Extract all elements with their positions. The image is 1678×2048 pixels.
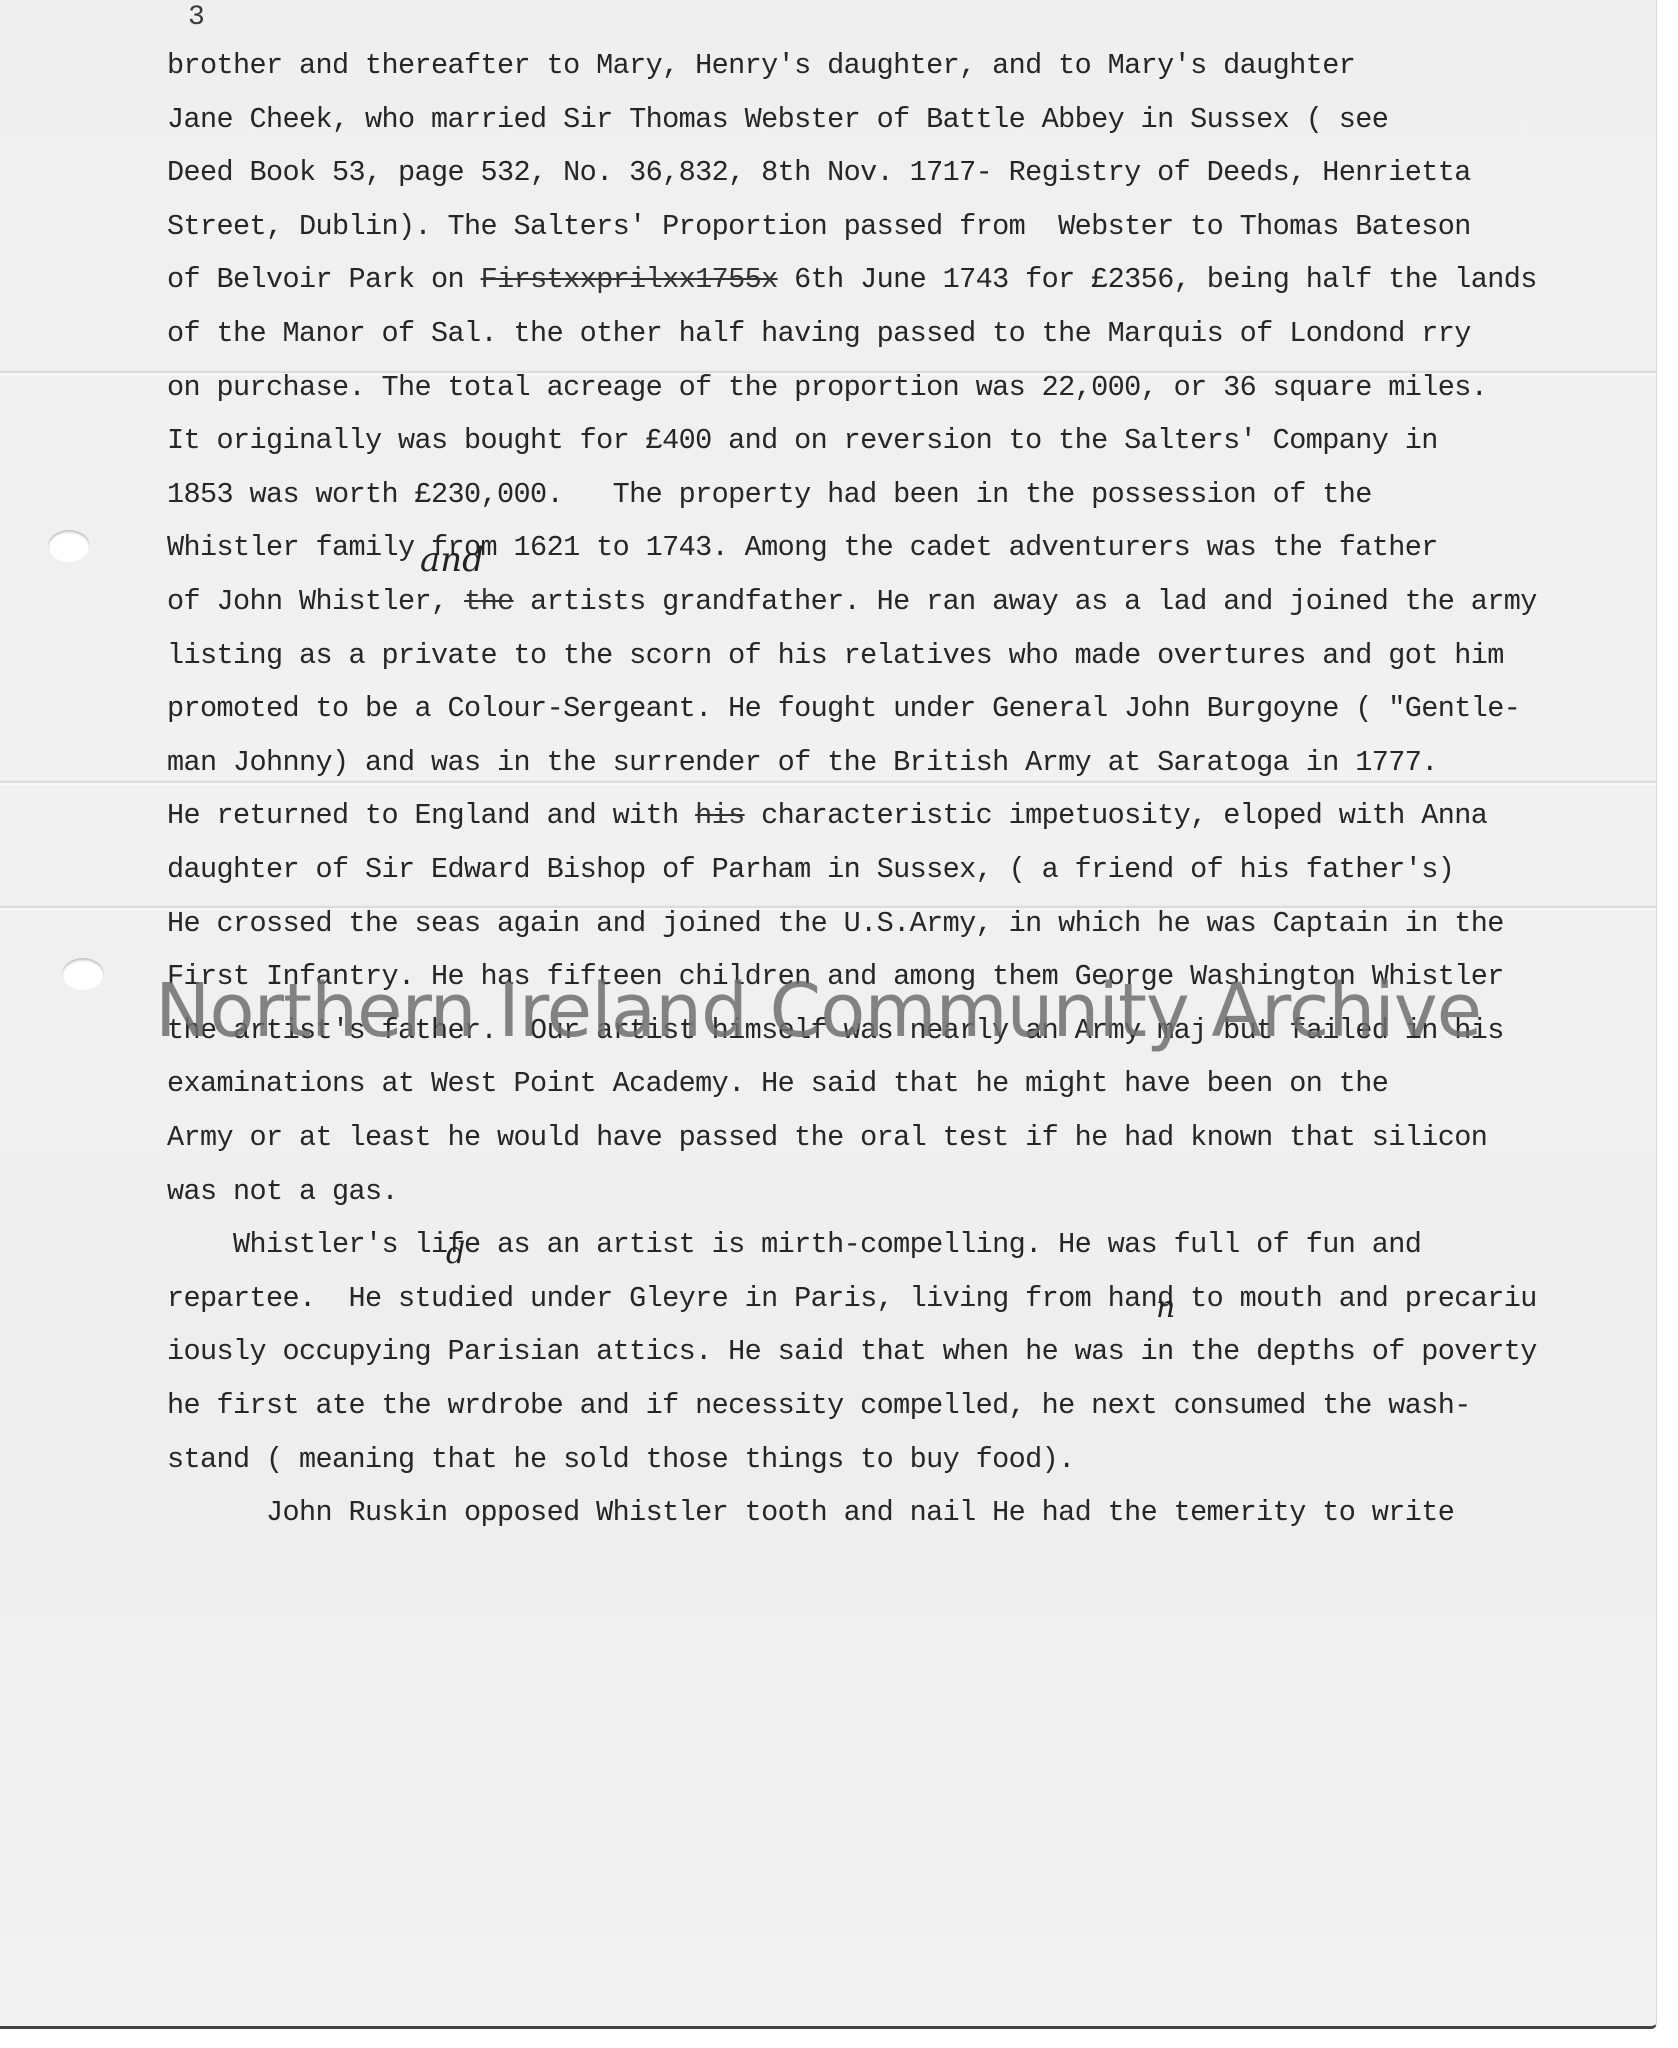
text-line: iously occupying Parisian attics. He sai… <box>167 1338 1537 1367</box>
text-line: repartee. He studied under Gleyre in Par… <box>167 1285 1537 1314</box>
text-line: Deed Book 53, page 532, No. 36,832, 8th … <box>167 159 1471 188</box>
text-line: man Johnny) and was in the surrender of … <box>167 749 1438 778</box>
document-page: 3 brother and thereafter to Mary, Henry'… <box>0 0 1657 2029</box>
text-line: Jane Cheek, who married Sir Thomas Webst… <box>167 106 1388 135</box>
text-line: stand ( meaning that he sold those thing… <box>167 1446 1075 1475</box>
text-line: Street, Dublin). The Salters' Proportion… <box>167 213 1471 242</box>
text-line: promoted to be a Colour-Sergeant. He fou… <box>167 695 1520 724</box>
text-line: John Ruskin opposed Whistler tooth and n… <box>167 1499 1454 1528</box>
punch-hole <box>62 958 104 990</box>
text-line: 1853 was worth £230,000. The property ha… <box>167 481 1372 510</box>
text-line: was not a gas. <box>167 1178 398 1207</box>
text-line: He crossed the seas again and joined the… <box>167 910 1504 939</box>
text-span: 6th June 1743 for £2356, being half the … <box>778 263 1537 296</box>
punch-hole <box>48 530 90 562</box>
struck-text: Firstxxprilxx1755x <box>481 263 778 296</box>
text-line: Whistler family from 1621 to 1743. Among… <box>167 534 1438 563</box>
text-line: brother and thereafter to Mary, Henry's … <box>167 52 1355 81</box>
text-line: Army or at least he would have passed th… <box>167 1124 1487 1153</box>
text-line: It originally was bought for £400 and on… <box>167 427 1438 456</box>
text-line: of John Whistler, the artists grandfathe… <box>167 588 1537 617</box>
handwritten-and: and <box>420 540 484 580</box>
text-line: he first ate the wrdrobe and if necessit… <box>167 1392 1471 1421</box>
text-line: listing as a private to the scorn of his… <box>167 642 1504 671</box>
text-line: of the Manor of Sal. the other half havi… <box>167 320 1471 349</box>
text-line: on purchase. The total acreage of the pr… <box>167 374 1487 403</box>
text-line: daughter of Sir Edward Bishop of Parham … <box>167 856 1454 885</box>
struck-text: the <box>464 585 514 618</box>
handwritten-n: n <box>1156 1290 1175 1325</box>
watermark: Northern Ireland Community Archive <box>155 968 1481 1054</box>
text-span: artists grandfather. He ran away as a la… <box>514 585 1537 618</box>
page-number: 3 <box>188 2 205 33</box>
text-line: He returned to England and with his char… <box>167 802 1487 831</box>
text-line: examinations at West Point Academy. He s… <box>167 1070 1388 1099</box>
handwritten-d: d <box>446 1236 465 1271</box>
text-line: of Belvoir Park on Firstxxprilxx1755x 6t… <box>167 266 1537 295</box>
struck-text: his <box>695 799 745 832</box>
paper-fold <box>0 780 1656 786</box>
text-line: Whistler's life as an artist is mirth-co… <box>167 1231 1421 1260</box>
text-span: characteristic impetuosity, eloped with … <box>745 799 1488 832</box>
